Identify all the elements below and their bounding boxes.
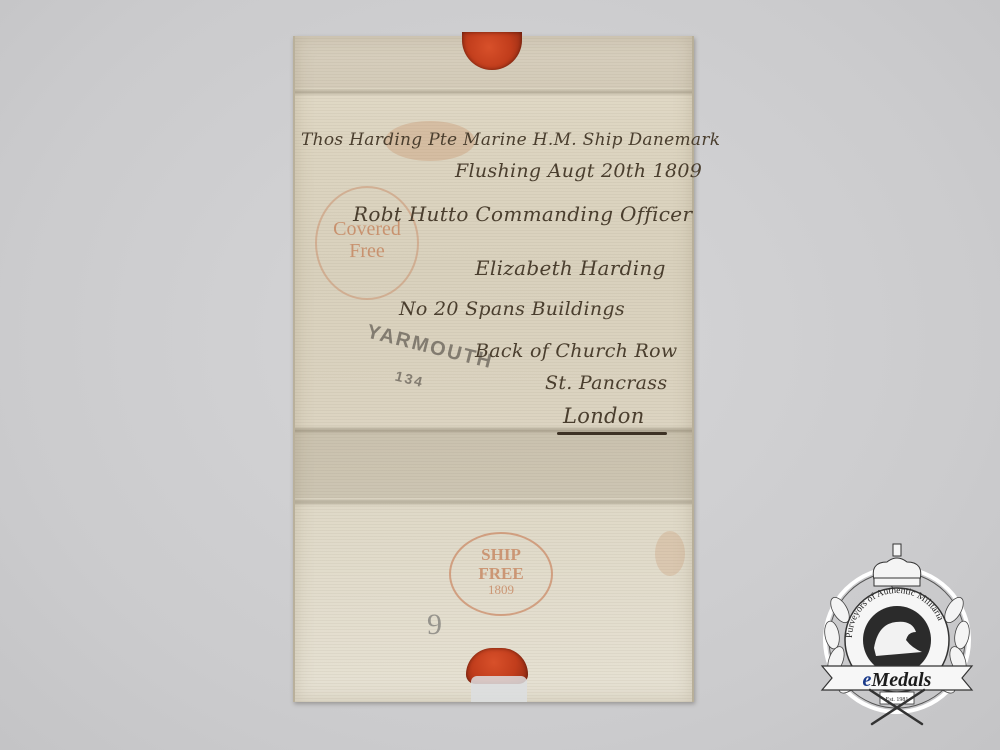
seal-residue (471, 676, 527, 702)
emedals-logo: Purveyors of Authentic Militaria eMedals… (812, 540, 982, 726)
emedals-crest-icon: Purveyors of Authentic Militaria eMedals… (812, 540, 982, 726)
fold-line (295, 498, 692, 506)
svg-text:eMedals: eMedals (863, 669, 932, 691)
recipient-name: Elizabeth Harding (475, 256, 666, 280)
yarmouth-postmark-sub: 134 (394, 368, 426, 391)
place-date-line: Flushing Augt 20th 1809 (455, 160, 702, 182)
ship-postmark-line-1: SHIP (451, 546, 551, 565)
address-line-2: Back of Church Row (475, 340, 677, 362)
fold-line (295, 88, 692, 96)
logo-brand-suffix: Medals (870, 669, 931, 691)
address-line-1: No 20 Spans Buildings (399, 298, 625, 320)
address-line-3: St. Pancrass (545, 372, 667, 394)
ship-postmark: SHIP FREE 1809 (449, 532, 553, 616)
stain (655, 531, 685, 576)
ink-underline (557, 432, 667, 435)
certification-line: Robt Hutto Commanding Officer (353, 202, 692, 226)
sender-line: Thos Harding Pte Marine H.M. Ship Danema… (301, 130, 720, 150)
middle-fold-band (295, 430, 692, 498)
logo-brand-prefix: e (863, 669, 872, 691)
ship-postmark-line-2: FREE (451, 565, 551, 584)
free-postmark-bottom: Free (317, 240, 417, 262)
antique-letter: Covered Free YARMOUTH 134 Thos Harding P… (293, 36, 694, 702)
ship-postmark-line-3: 1809 (451, 583, 551, 597)
pencil-mark: 9 (427, 608, 442, 642)
address-line-4: London (563, 404, 645, 428)
